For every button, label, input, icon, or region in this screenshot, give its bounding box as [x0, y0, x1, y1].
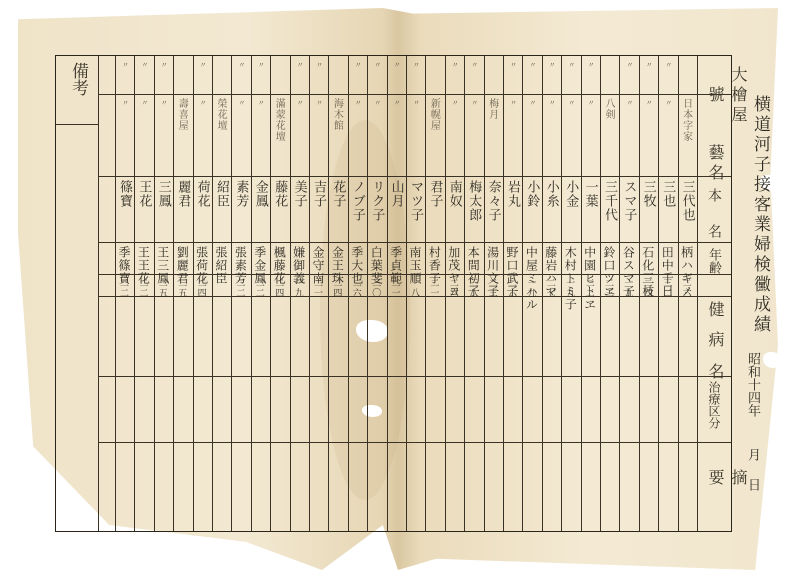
punch-hole: [763, 352, 781, 368]
house-ditto-mark: 〃: [141, 98, 148, 108]
house-ditto-mark: 〃: [413, 98, 420, 108]
column-divider: [309, 56, 310, 531]
header-column-divider: [697, 56, 698, 531]
age-cell: 二三: [603, 278, 612, 298]
header-stage-name: 藝名: [704, 144, 727, 184]
column-divider: [619, 56, 620, 531]
stage-name-cell: 山月: [390, 180, 403, 208]
house-ditto-mark: 〃: [588, 98, 595, 108]
date-era-year: 昭和十四年: [743, 352, 762, 417]
column-divider: [503, 56, 504, 531]
age-cell: 二六: [351, 278, 360, 298]
age-cell: 二五: [157, 278, 166, 298]
age-cell: 二二: [254, 278, 263, 298]
house-ditto-mark: 〃: [238, 60, 245, 70]
column-divider: [173, 56, 174, 531]
house-ditto-mark: 〃: [665, 60, 672, 70]
house-name-cell: 梅月: [487, 98, 497, 120]
age-cell: 一八: [409, 278, 418, 298]
age-cell: 二六: [506, 278, 515, 298]
house-ditto-mark: 〃: [529, 98, 536, 108]
house-ditto-mark: 〃: [374, 60, 381, 70]
house-name-cell: 榮花壇: [215, 98, 225, 131]
stage-name-cell: スマ子: [622, 180, 635, 222]
stage-name-cell: 王花: [137, 180, 150, 208]
house-name-cell: 壽喜屋: [176, 98, 186, 131]
age-cell: 二六: [681, 278, 690, 298]
column-divider: [639, 56, 640, 531]
house-ditto-mark: 〃: [297, 60, 304, 70]
stage-name-cell: 藤花: [273, 180, 286, 208]
house-ditto-mark: 〃: [452, 98, 459, 108]
column-divider: [134, 56, 135, 531]
house-ditto-mark: 〃: [646, 98, 653, 108]
column-divider: [600, 56, 601, 531]
house-ditto-mark: 〃: [626, 60, 633, 70]
house-ditto-mark: 〃: [355, 98, 362, 108]
age-cell: 一九: [564, 278, 573, 298]
stage-name-cell: 金鳳: [254, 180, 267, 208]
house-ditto-mark: 〃: [200, 98, 207, 108]
house-ditto-mark: 〃: [646, 60, 653, 70]
house-ditto-mark: 〃: [568, 60, 575, 70]
age-cell: 二七: [545, 278, 554, 298]
age-cell: 二六: [448, 278, 457, 298]
house-ditto-mark: 〃: [316, 60, 323, 70]
column-divider: [678, 56, 679, 531]
stage-name-cell: 君子: [428, 180, 441, 208]
column-divider: [231, 56, 232, 531]
column-divider: [522, 56, 523, 531]
inspection-register-table: 大檜屋號 藝名 本名 年齢 健 病名 治療区分 摘要 備考 日本字家三代也柄ハギ…: [55, 55, 732, 532]
age-cell: 二四: [642, 278, 651, 298]
age-cell: 二一: [312, 278, 321, 298]
house-ditto-mark: 〃: [200, 60, 207, 70]
column-divider: [387, 56, 388, 531]
stage-name-cell: 三鳳: [157, 180, 170, 208]
age-cell: 三二: [661, 278, 670, 298]
stage-name-cell: 三千代: [603, 180, 616, 222]
column-divider: [445, 56, 446, 531]
house-ditto-mark: 〃: [471, 60, 478, 70]
column-divider: [115, 56, 116, 531]
age-cell: 二二: [118, 278, 127, 298]
age-cell: 二五: [176, 278, 185, 298]
column-divider: [270, 56, 271, 531]
house-ditto-mark: 〃: [238, 98, 245, 108]
remarks-label-divider: [56, 124, 98, 125]
house-ditto-mark: 〃: [626, 98, 633, 108]
stage-name-cell: 篠寶: [118, 180, 131, 208]
age-cell: 二二: [584, 278, 593, 298]
real-name-cell: 張紹臣: [215, 246, 227, 285]
age-cell: 三八: [467, 278, 476, 298]
stage-name-cell: 一葉: [584, 180, 597, 208]
house-ditto-mark: 〃: [355, 60, 362, 70]
house-ditto-mark: 〃: [394, 60, 401, 70]
stage-name-cell: 奈々子: [487, 180, 500, 222]
column-divider: [251, 56, 252, 531]
house-name-cell: 滿蒙花壇: [273, 98, 283, 142]
house-name-cell: 海木館: [331, 98, 341, 131]
stage-name-cell: 三牧: [642, 180, 655, 208]
house-ditto-mark: 〃: [297, 98, 304, 108]
stage-name-cell: マツ子: [409, 180, 422, 222]
stage-name-cell: 美子: [293, 180, 306, 208]
age-cell: 二二: [234, 278, 243, 298]
house-name-cell: 新幌屋: [428, 98, 438, 131]
house-name-cell: 八剣: [603, 98, 613, 120]
house-ditto-mark: 〃: [258, 60, 265, 70]
house-ditto-mark: 〃: [161, 60, 168, 70]
age-cell: 一九: [622, 278, 631, 298]
house-ditto-mark: 〃: [374, 98, 381, 108]
house-ditto-mark: 〃: [510, 60, 517, 70]
house-ditto-mark: 〃: [549, 98, 556, 108]
column-divider: [581, 56, 582, 531]
house-ditto-mark: 〃: [549, 60, 556, 70]
stage-name-cell: リク子: [370, 180, 383, 222]
column-divider: [193, 56, 194, 531]
house-ditto-mark: 〃: [452, 60, 459, 70]
house-ditto-mark: 〃: [568, 98, 575, 108]
stage-name-cell: 紹臣: [215, 180, 228, 208]
stage-name-cell: 吉子: [312, 180, 325, 208]
remarks-label: 備考: [66, 62, 91, 96]
column-divider: [425, 56, 426, 531]
age-cell: 二一: [428, 278, 437, 298]
stage-name-cell: 小鈴: [525, 180, 538, 208]
column-divider: [367, 56, 368, 531]
stage-name-cell: 素芳: [234, 180, 247, 208]
column-divider: [542, 56, 543, 531]
stage-name-cell: 三代也: [681, 180, 694, 222]
column-divider: [484, 56, 485, 531]
column-divider: [658, 56, 659, 531]
stage-name-cell: 小金: [564, 180, 577, 208]
stage-name-cell: 荷花: [196, 180, 209, 208]
age-cell: 三〇: [370, 278, 379, 298]
house-ditto-mark: 〃: [258, 98, 265, 108]
house-ditto-mark: 〃: [316, 98, 323, 108]
stage-name-cell: 三也: [661, 180, 674, 208]
column-divider: [212, 56, 213, 531]
age-cell: 二四: [196, 278, 205, 298]
header-treatment: 治療区分: [706, 381, 723, 429]
stage-name-cell: 花子: [331, 180, 344, 208]
column-divider: [406, 56, 407, 531]
house-ditto-mark: 〃: [122, 60, 129, 70]
age-cell: 一九: [525, 278, 534, 298]
age-cell: 一九: [293, 278, 302, 298]
house-ditto-mark: 〃: [122, 98, 129, 108]
stage-name-cell: 麗君: [176, 180, 189, 208]
stage-name-cell: 小糸: [545, 180, 558, 208]
column-divider: [464, 56, 465, 531]
document-title: 横道河子接客業婦検黴成績: [748, 95, 773, 335]
stage-name-cell: 梅太郎: [467, 180, 480, 222]
house-ditto-mark: 〃: [588, 60, 595, 70]
house-ditto-mark: 〃: [665, 98, 672, 108]
house-ditto-mark: 〃: [413, 60, 420, 70]
house-ditto-mark: 〃: [529, 60, 536, 70]
column-divider: [154, 56, 155, 531]
age-cell: 二四: [331, 278, 340, 298]
age-cell: 二二: [137, 278, 146, 298]
house-ditto-mark: 〃: [141, 60, 148, 70]
stage-name-cell: 南奴: [448, 180, 461, 208]
house-ditto-mark: 〃: [394, 98, 401, 108]
column-divider: [328, 56, 329, 531]
stage-name-cell: ノブ子: [351, 180, 364, 222]
house-ditto-mark: 〃: [471, 98, 478, 108]
header-notes: 摘要: [704, 451, 750, 531]
header-house-name: 大檜屋號: [704, 58, 750, 134]
age-cell: 二一: [390, 278, 399, 298]
house-ditto-mark: 〃: [161, 98, 168, 108]
remarks-column-divider: [98, 56, 99, 531]
house-name-cell: 日本字家: [681, 98, 691, 142]
column-divider: [290, 56, 291, 531]
age-cell: 二三: [487, 278, 496, 298]
stage-name-cell: 岩丸: [506, 180, 519, 208]
house-ditto-mark: 〃: [510, 98, 517, 108]
header-age: 年齢: [704, 248, 723, 274]
column-divider: [561, 56, 562, 531]
column-divider: [348, 56, 349, 531]
age-cell: 二四: [273, 278, 282, 298]
header-health: 健: [704, 301, 727, 321]
